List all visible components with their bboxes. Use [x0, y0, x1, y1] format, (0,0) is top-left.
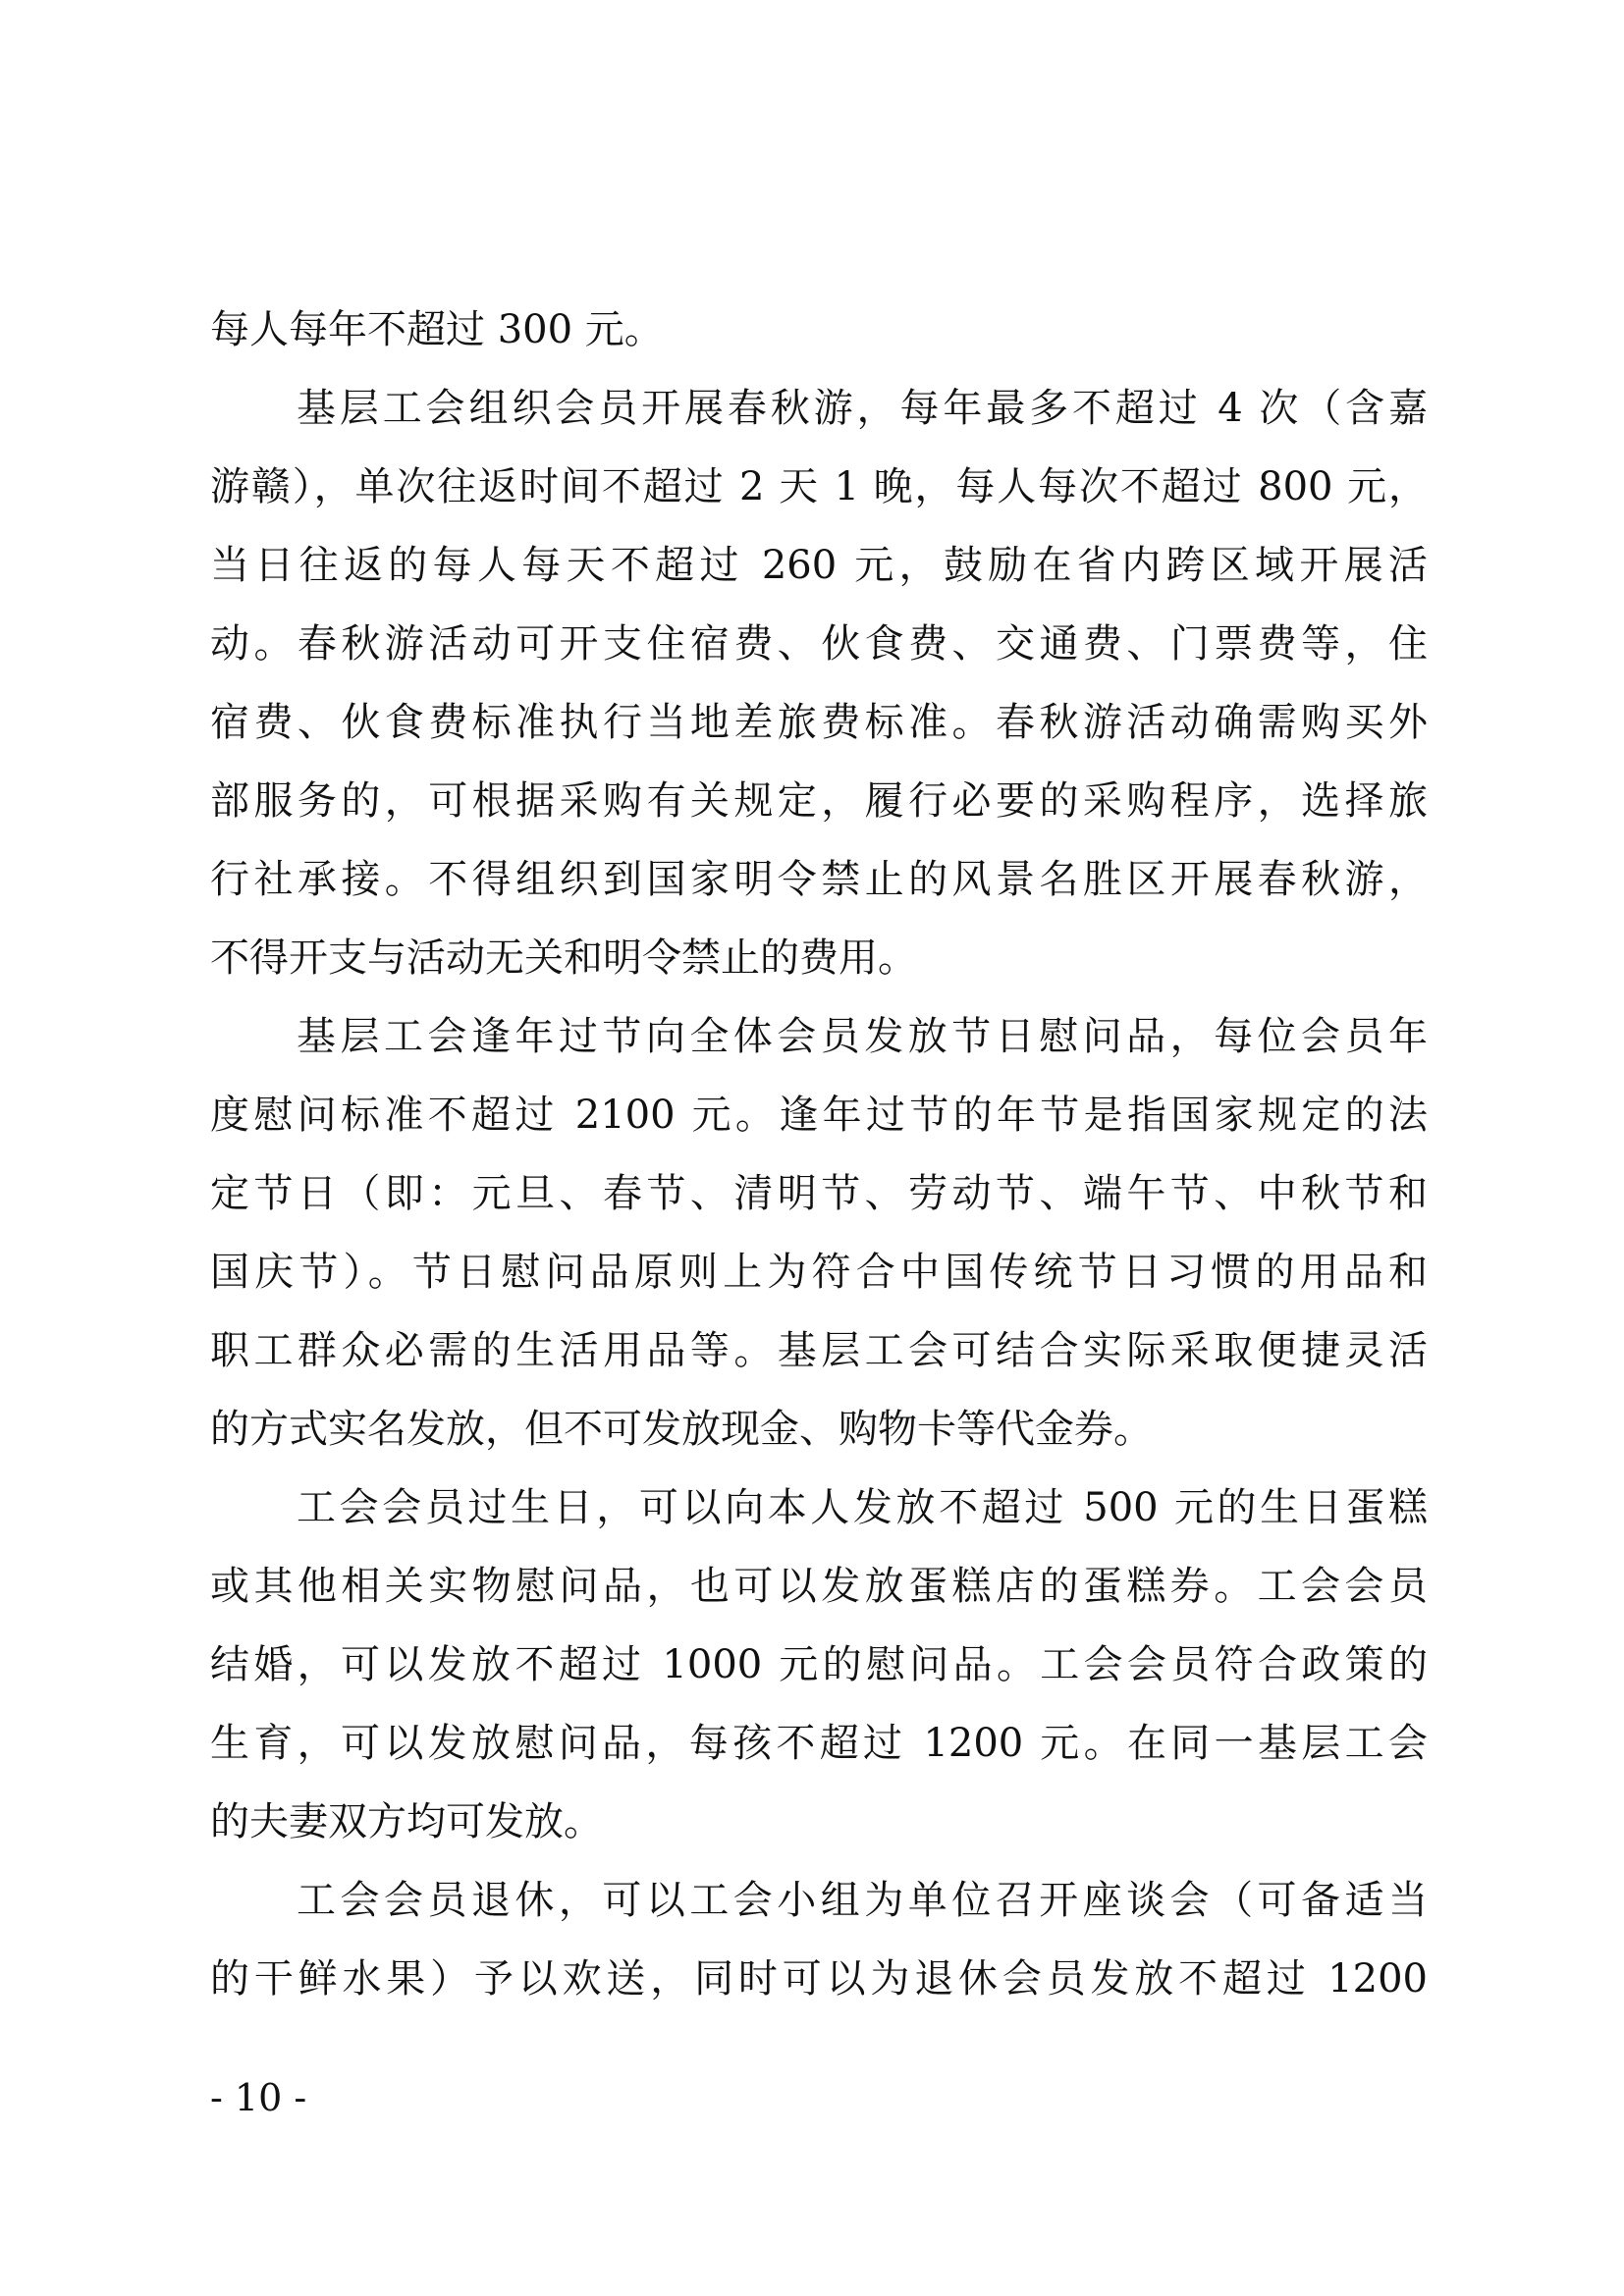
- document-page: 每人每年不超过 300 元。 基层工会组织会员开展春秋游，每年最多不超过 4 次…: [0, 0, 1624, 2296]
- paragraph-1: 每人每年不超过 300 元。: [210, 291, 1428, 369]
- page-number: - 10 -: [210, 2076, 306, 2119]
- text-line: 定节日（即：元旦、春节、清明节、劳动节、端午节、中秋节和: [210, 1154, 1428, 1233]
- text-line: 行社承接。不得组织到国家明令禁止的风景名胜区开展春秋游，: [210, 840, 1428, 919]
- text-line: 的干鲜水果）予以欢送，同时可以为退休会员发放不超过 1200: [210, 1940, 1428, 2018]
- text-line: 基层工会组织会员开展春秋游，每年最多不超过 4 次（含嘉: [210, 369, 1428, 448]
- text-line: 的夫妻双方均可发放。: [210, 1783, 1428, 1861]
- text-line: 结婚，可以发放不超过 1000 元的慰问品。工会会员符合政策的: [210, 1626, 1428, 1704]
- text-line: 职工群众必需的生活用品等。基层工会可结合实际采取便捷灵活: [210, 1311, 1428, 1390]
- text-line: 不得开支与活动无关和明令禁止的费用。: [210, 919, 1428, 997]
- text-line: 基层工会逢年过节向全体会员发放节日慰问品，每位会员年: [210, 997, 1428, 1076]
- text-line: 国庆节）。节日慰问品原则上为符合中国传统节日习惯的用品和: [210, 1233, 1428, 1311]
- text-line: 动。春秋游活动可开支住宿费、伙食费、交通费、门票费等，住: [210, 605, 1428, 683]
- text-line: 部服务的，可根据采购有关规定，履行必要的采购程序，选择旅: [210, 762, 1428, 840]
- text-line: 度慰问标准不超过 2100 元。逢年过节的年节是指国家规定的法: [210, 1076, 1428, 1154]
- text-line: 工会会员过生日，可以向本人发放不超过 500 元的生日蛋糕: [210, 1468, 1428, 1547]
- text-line: 或其他相关实物慰问品，也可以发放蛋糕店的蛋糕券。工会会员: [210, 1547, 1428, 1626]
- text-line: 游赣），单次往返时间不超过 2 天 1 晚，每人每次不超过 800 元，: [210, 448, 1428, 526]
- text-line: 的方式实名发放，但不可发放现金、购物卡等代金券。: [210, 1390, 1428, 1468]
- text-line: 当日往返的每人每天不超过 260 元，鼓励在省内跨区域开展活: [210, 526, 1428, 605]
- text-line: 工会会员退休，可以工会小组为单位召开座谈会（可备适当: [210, 1861, 1428, 1940]
- text-line: 生育，可以发放慰问品，每孩不超过 1200 元。在同一基层工会: [210, 1704, 1428, 1783]
- paragraph-retirement: 工会会员退休，可以工会小组为单位召开座谈会（可备适当 的干鲜水果）予以欢送，同时…: [210, 1861, 1428, 2018]
- paragraph-spring-autumn-outing: 基层工会组织会员开展春秋游，每年最多不超过 4 次（含嘉 游赣），单次往返时间不…: [210, 369, 1428, 997]
- paragraph-birthday-wedding-birth: 工会会员过生日，可以向本人发放不超过 500 元的生日蛋糕 或其他相关实物慰问品…: [210, 1468, 1428, 1861]
- paragraph-holiday-gifts: 基层工会逢年过节向全体会员发放节日慰问品，每位会员年 度慰问标准不超过 2100…: [210, 997, 1428, 1468]
- text-line: 每人每年不超过 300 元。: [210, 291, 1428, 369]
- text-line: 宿费、伙食费标准执行当地差旅费标准。春秋游活动确需购买外: [210, 683, 1428, 762]
- body-text: 每人每年不超过 300 元。 基层工会组织会员开展春秋游，每年最多不超过 4 次…: [210, 291, 1428, 2018]
